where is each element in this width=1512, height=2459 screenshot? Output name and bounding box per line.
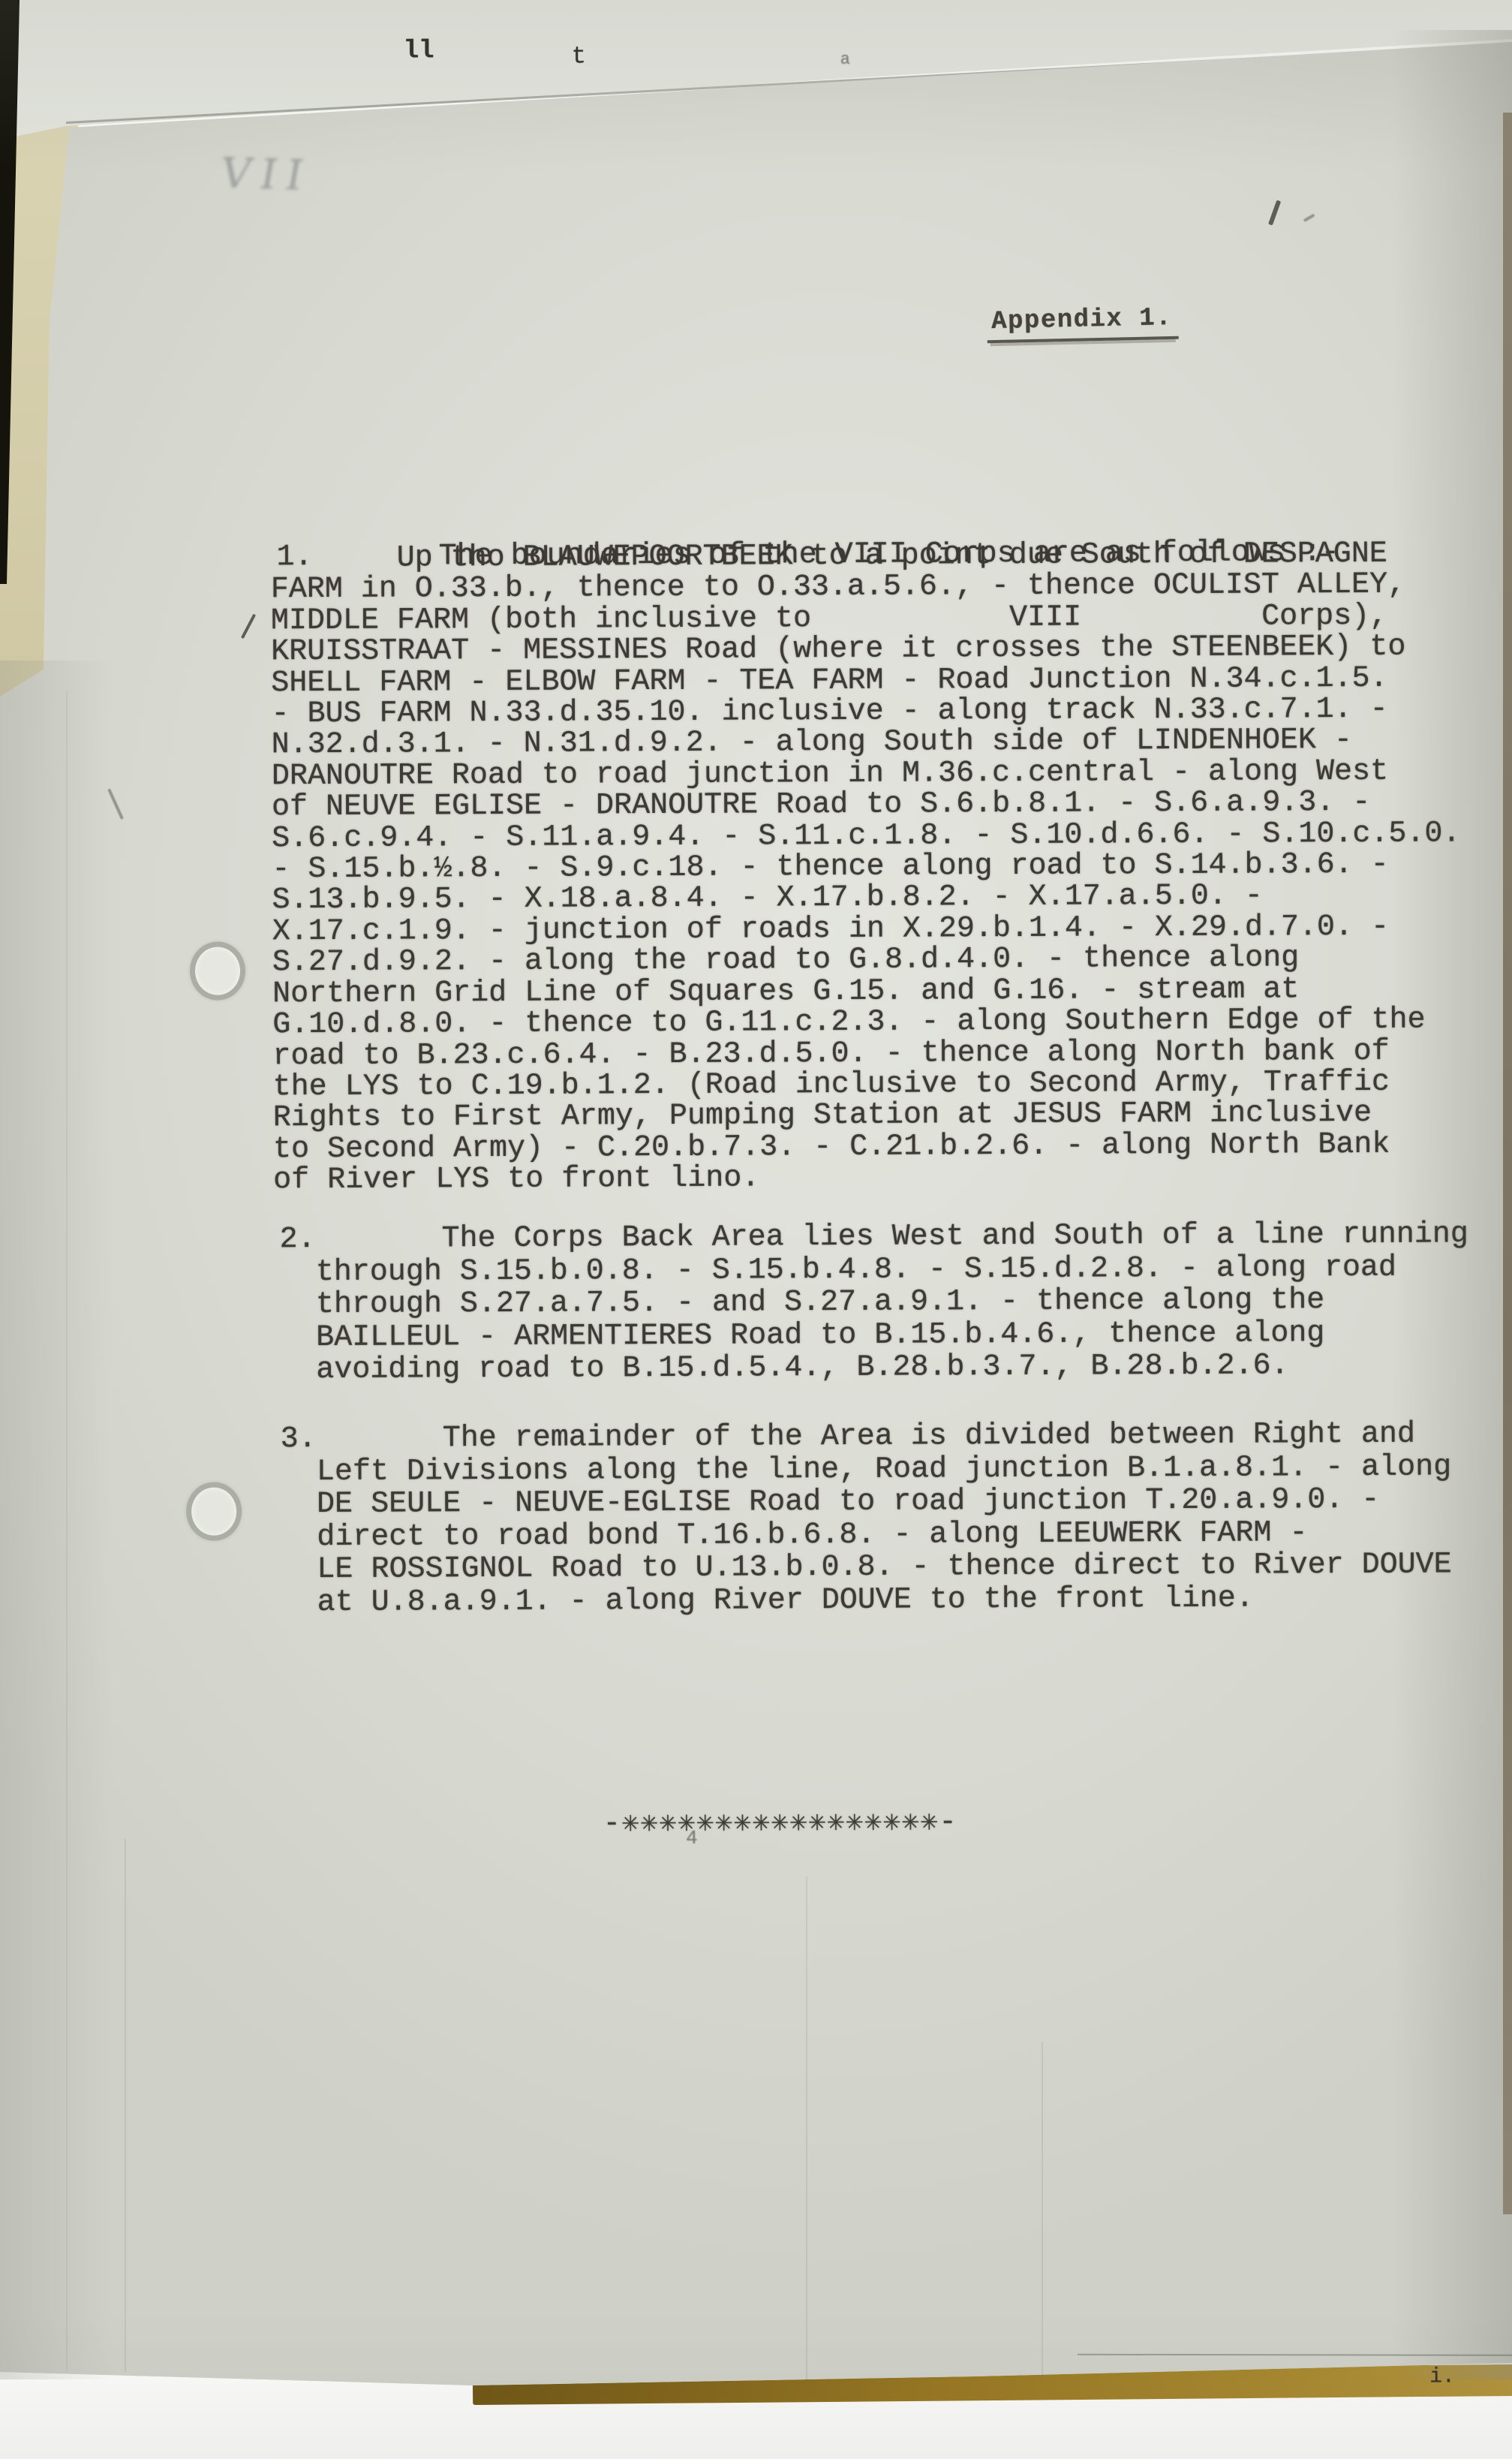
- paragraph-3: 3. The remainder of the Area is divided …: [281, 1418, 1452, 1619]
- punch-hole: [186, 1482, 242, 1540]
- typed-line: 3. The remainder of the Area is divided …: [281, 1418, 1451, 1455]
- typed-page-content: VII ll t a Appendix 1. 1. The boundaries…: [0, 0, 1512, 2459]
- pen-stroke: [107, 788, 124, 820]
- typed-line: 2. The Corps Back Area lies West and Sou…: [279, 1218, 1468, 1257]
- pencil-line: [1078, 2354, 1512, 2356]
- typed-line: - S.15.b.½.8. - S.9.c.18. - thence along…: [272, 849, 1460, 885]
- typed-line: LE ROSSIGNOL Road to U.13.b.0.8. - thenc…: [281, 1549, 1451, 1587]
- stray-pencil-mark: 4: [686, 1827, 698, 1850]
- scanned-document-photo: VII ll t a Appendix 1. 1. The boundaries…: [0, 0, 1512, 2459]
- typed-line: of River LYS to front lino.: [273, 1160, 1462, 1196]
- stray-ink-mark: t: [572, 42, 586, 70]
- faint-stamp: VII: [217, 149, 316, 200]
- punch-hole: [190, 941, 245, 1000]
- typed-line: at U.8.a.9.1. - along River DOUVE to the…: [281, 1582, 1452, 1619]
- pen-stroke: [241, 614, 256, 640]
- typed-line: DE SEULE - NEUVE-EGLISE Road to road jun…: [281, 1484, 1451, 1521]
- paragraph-1-body: Up tho BLAUWEPOORTBEEK to a point due So…: [271, 538, 1462, 1196]
- stray-ink-mark: ll: [404, 37, 434, 65]
- asterisk-separator: -✳✳✳✳✳✳✳✳✳✳✳✳✳✳✳✳✳-: [603, 1803, 958, 1840]
- corner-note: i.: [1429, 2365, 1455, 2388]
- pencil-stroke: [1303, 213, 1315, 222]
- appendix-heading: Appendix 1.: [987, 304, 1179, 344]
- typed-line: BAILLEUL - ARMENTIERES Road to B.15.b.4.…: [280, 1317, 1468, 1355]
- paragraph-2: 2. The Corps Back Area lies West and Sou…: [279, 1218, 1468, 1387]
- stray-ink-mark: a: [840, 50, 850, 69]
- typed-line: avoiding road to B.15.d.5.4., B.28.b.3.7…: [280, 1350, 1468, 1388]
- pencil-stroke: [1268, 200, 1281, 225]
- typed-line: to Second Army) - C.20.b.7.3. - C.21.b.2…: [273, 1129, 1462, 1165]
